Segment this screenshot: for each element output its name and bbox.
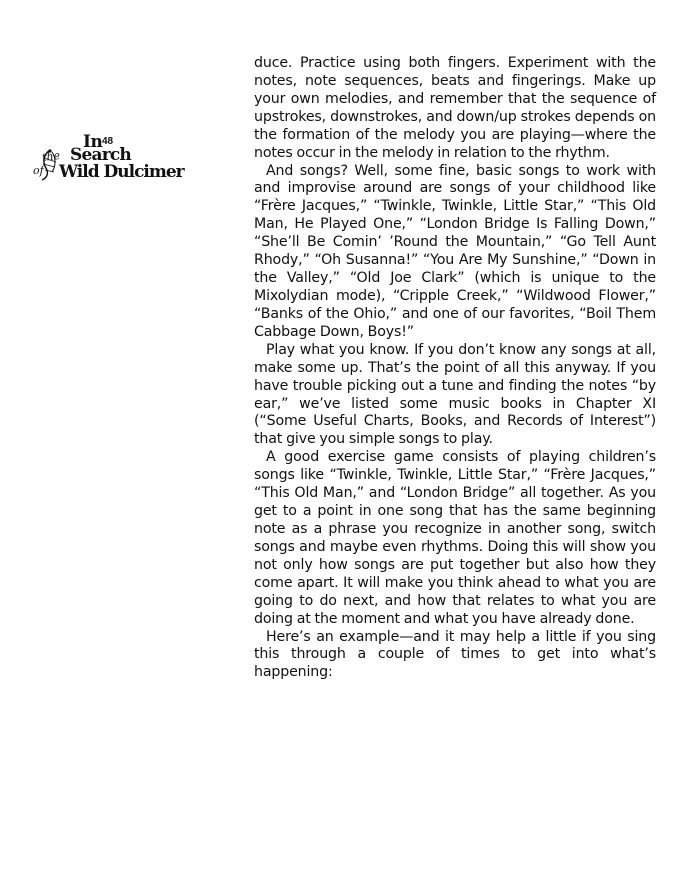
paragraph-songs: And songs? Well, some fine, basic songs … xyxy=(254,163,656,342)
paragraph-practice: duce. Practice using both fingers. Exper… xyxy=(254,55,656,163)
paragraph-exercise-game: A good exercise game consists of playing… xyxy=(254,449,656,628)
paragraph-play-what-you-know: Play what you know. If you don’t know an… xyxy=(254,342,656,450)
logo-word-of: of xyxy=(33,165,44,176)
book-title-logo: In 48 the Search of Wild Dulcimer xyxy=(30,134,182,186)
paragraph-example-intro: Here’s an example—and it may help a litt… xyxy=(254,629,656,683)
body-text-column: duce. Practice using both fingers. Exper… xyxy=(254,55,656,682)
logo-word-wild-dulcimer: Wild Dulcimer xyxy=(59,164,184,181)
logo-word-the: the xyxy=(41,150,60,163)
